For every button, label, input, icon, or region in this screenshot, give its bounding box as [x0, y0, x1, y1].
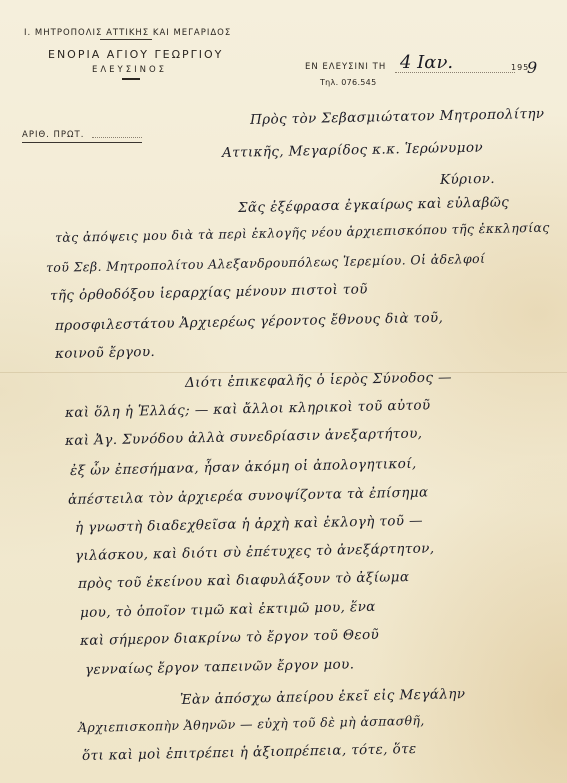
- body-line: γιλάσκου, καὶ διότι σὺ ἐπέτυχες τὸ ἀνεξά…: [75, 540, 435, 564]
- reference-number-label: ΑΡΙΘ. ΠΡΩΤ.: [22, 130, 84, 140]
- letter-page: Ι. ΜΗΤΡΟΠΟΛΙΣ ΑΤΤΙΚΗΣ ΚΑΙ ΜΕΓΑΡΙΔΟΣ ΕΝΟΡ…: [0, 0, 567, 783]
- body-line: Σᾶς ἐξέφρασα ἐγκαίρως καὶ εὐλαβῶς: [238, 194, 509, 216]
- body-line: τῆς ὀρθοδόξου ἱεραρχίας μένουν πιστοὶ το…: [50, 281, 368, 304]
- body-line: κοινοῦ ἔργου.: [55, 344, 156, 362]
- year-handwritten: 9: [527, 58, 537, 77]
- body-line: πρὸς τοῦ ἐκείνου καὶ διαφυλάξουν τὸ ἀξίω…: [78, 569, 410, 592]
- body-line: τὰς ἀπόψεις μου διὰ τὰ περὶ ἐκλογῆς νέου…: [55, 220, 550, 245]
- body-line: ἀπέστειλα τὸν ἀρχιερέα συνοψίζοντα τὰ ἐπ…: [68, 484, 429, 508]
- body-line: μου, τὸ ὁποῖον τιμῶ καὶ ἐκτιμῶ μου, ἕνα: [80, 599, 376, 621]
- body-line: γενναίως ἔργον ταπεινῶν ἔργον μου.: [85, 656, 355, 678]
- body-line: τοῦ Σεβ. Μητροπολίτου Αλεξανδρουπόλεως Ἰ…: [46, 251, 486, 275]
- reference-dotted-line: [92, 137, 142, 138]
- body-line: ἐξ ὧν ἐπεσήμανα, ἦσαν ἀκόμη οἱ ἀπολογητι…: [70, 456, 417, 479]
- body-line: Ἀρχιεπισκοπὴν Ἀθηνῶν — εὐχὴ τοῦ δὲ μὴ ἀσ…: [78, 713, 425, 735]
- body-line: Ἐὰν ἀπόσχω ἀπείρου ἐκεῖ εἰς Μεγάλην: [180, 686, 466, 708]
- letterhead-town: ΕΛΕΥΣΙΝΟΣ: [92, 65, 167, 75]
- salutation-line: Κύριον.: [440, 171, 495, 188]
- salutation-line: Πρὸς τὸν Σεβασμιώτατον Μητροπολίτην: [250, 106, 545, 128]
- salutation-line: Αττικῆς, Μεγαρίδος κ.κ. Ἱερώνυμον: [222, 140, 483, 161]
- letterhead-metropolis: Ι. ΜΗΤΡΟΠΟΛΙΣ ΑΤΤΙΚΗΣ ΚΑΙ ΜΕΓΑΡΙΔΟΣ: [24, 28, 231, 38]
- body-line: καὶ σήμερον διακρίνω τὸ ἔργον τοῦ Θεοῦ: [80, 627, 380, 649]
- letterhead-rule: [122, 78, 140, 80]
- body-line: ὅτι καὶ μοὶ ἐπιτρέπει ἡ ἀξιοπρέπεια, τότ…: [82, 741, 417, 764]
- reference-underline: [22, 142, 142, 143]
- handwritten-date: 4 Ιαν.: [400, 52, 453, 73]
- phone-number: Τηλ. 076.545: [320, 78, 376, 87]
- letterhead-underline: [100, 39, 152, 40]
- letterhead-parish: ΕΝΟΡΙΑ ΑΓΙΟΥ ΓΕΩΡΓΙΟΥ: [48, 48, 223, 61]
- body-line: ἡ γνωστὴ διαδεχθεῖσα ἡ ἀρχὴ καὶ ἐκλογὴ τ…: [75, 513, 423, 536]
- body-line: καὶ ὅλη ἡ Ἑλλάς; — καὶ ἄλλοι κληρικοὶ το…: [65, 397, 431, 421]
- date-prefix: ΕΝ ΕΛΕΥΣΙΝΙ ΤΗ: [305, 62, 386, 72]
- body-line: καὶ Ἀγ. Συνόδου ἀλλὰ συνεδρίασιν ἀνεξαρτ…: [65, 426, 423, 449]
- body-line: προσφιλεστάτου Ἀρχιερέως γέροντος ἔθνους…: [55, 310, 444, 334]
